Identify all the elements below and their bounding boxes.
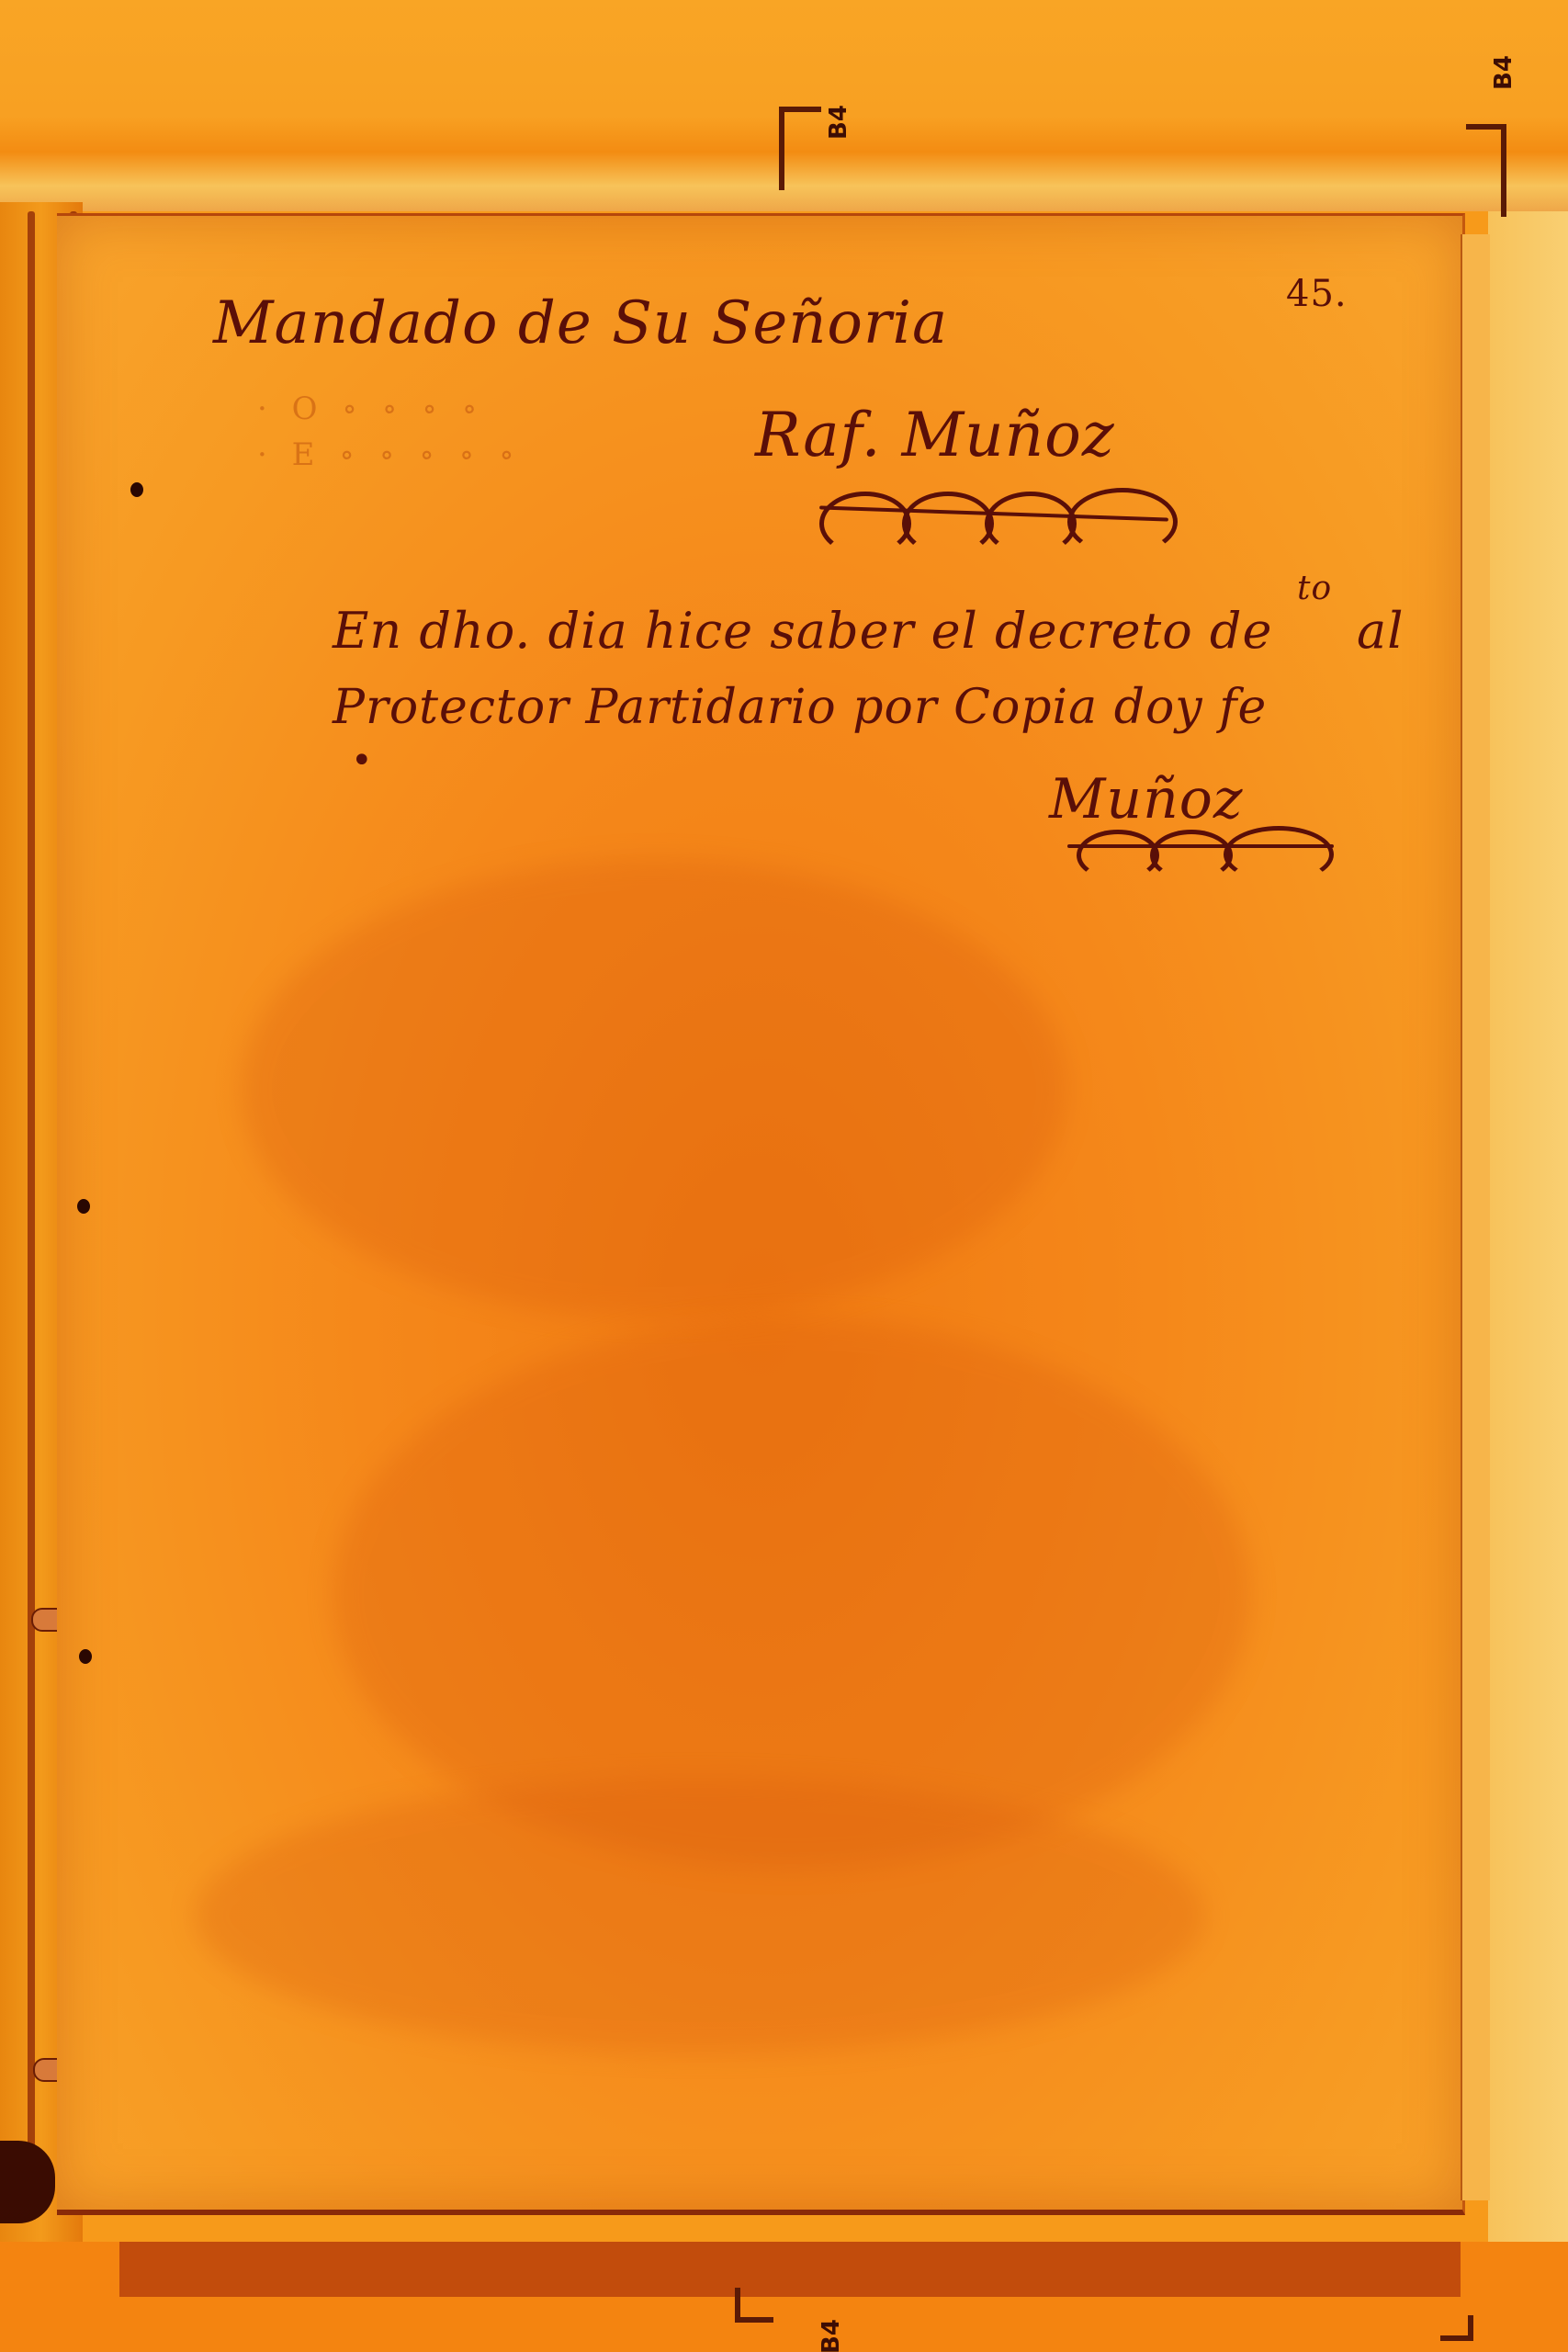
signature-munoz: Muñoz xyxy=(1049,767,1243,831)
paper-stain xyxy=(241,859,1067,1318)
corner-bracket-icon xyxy=(1440,2315,1473,2341)
signature-flourish xyxy=(1150,830,1233,881)
signature-flourish xyxy=(1067,488,1178,556)
signature-flourish xyxy=(902,492,994,556)
manuscript-line-en-dho-dia: En dho. dia hice saber el decreto de xyxy=(333,602,1272,660)
manuscript-line-protector: Protector Partidario por Copia doy fe xyxy=(333,680,1267,735)
signature-flourish xyxy=(985,492,1077,556)
superscript-abbreviation: to xyxy=(1297,570,1332,607)
b4-label: B4 xyxy=(818,2319,845,2352)
corner-bracket-icon xyxy=(779,107,821,190)
b4-label: B4 xyxy=(825,105,852,140)
signature-rafael-munoz: Raf. Muñoz xyxy=(755,400,1115,470)
manuscript-line-al: al xyxy=(1357,602,1404,660)
paper-stain xyxy=(195,1778,1205,2053)
b4-label: B4 xyxy=(1490,55,1517,90)
signature-flourish xyxy=(819,492,911,556)
page-bottom-shadow xyxy=(119,2242,1461,2297)
binding-crease xyxy=(28,211,35,2177)
worm-hole xyxy=(130,482,143,497)
page-edge xyxy=(1461,234,1490,2200)
worm-hole xyxy=(77,1199,90,1214)
manuscript-line-mandado: Mandado de Su Señoria xyxy=(213,289,948,357)
faint-stamp-line: · E ∘ ∘ ∘ ∘ ∘ xyxy=(257,436,522,473)
folio-number: 45. xyxy=(1286,273,1348,315)
signature-flourish xyxy=(1077,830,1159,881)
scan-backdrop-right xyxy=(1488,211,1568,2352)
corner-bracket-icon xyxy=(735,2288,773,2323)
manuscript-page: 45. Mandado de Su Señoria · O ∘ ∘ ∘ ∘ · … xyxy=(57,213,1465,2215)
signature-underline xyxy=(1067,844,1334,848)
signature-flourish xyxy=(1224,826,1334,883)
worm-hole xyxy=(79,1649,92,1664)
paragraph-mark: • xyxy=(351,740,374,782)
faint-stamp-line: · O ∘ ∘ ∘ ∘ xyxy=(257,390,484,427)
corner-bracket-icon xyxy=(1466,124,1506,217)
